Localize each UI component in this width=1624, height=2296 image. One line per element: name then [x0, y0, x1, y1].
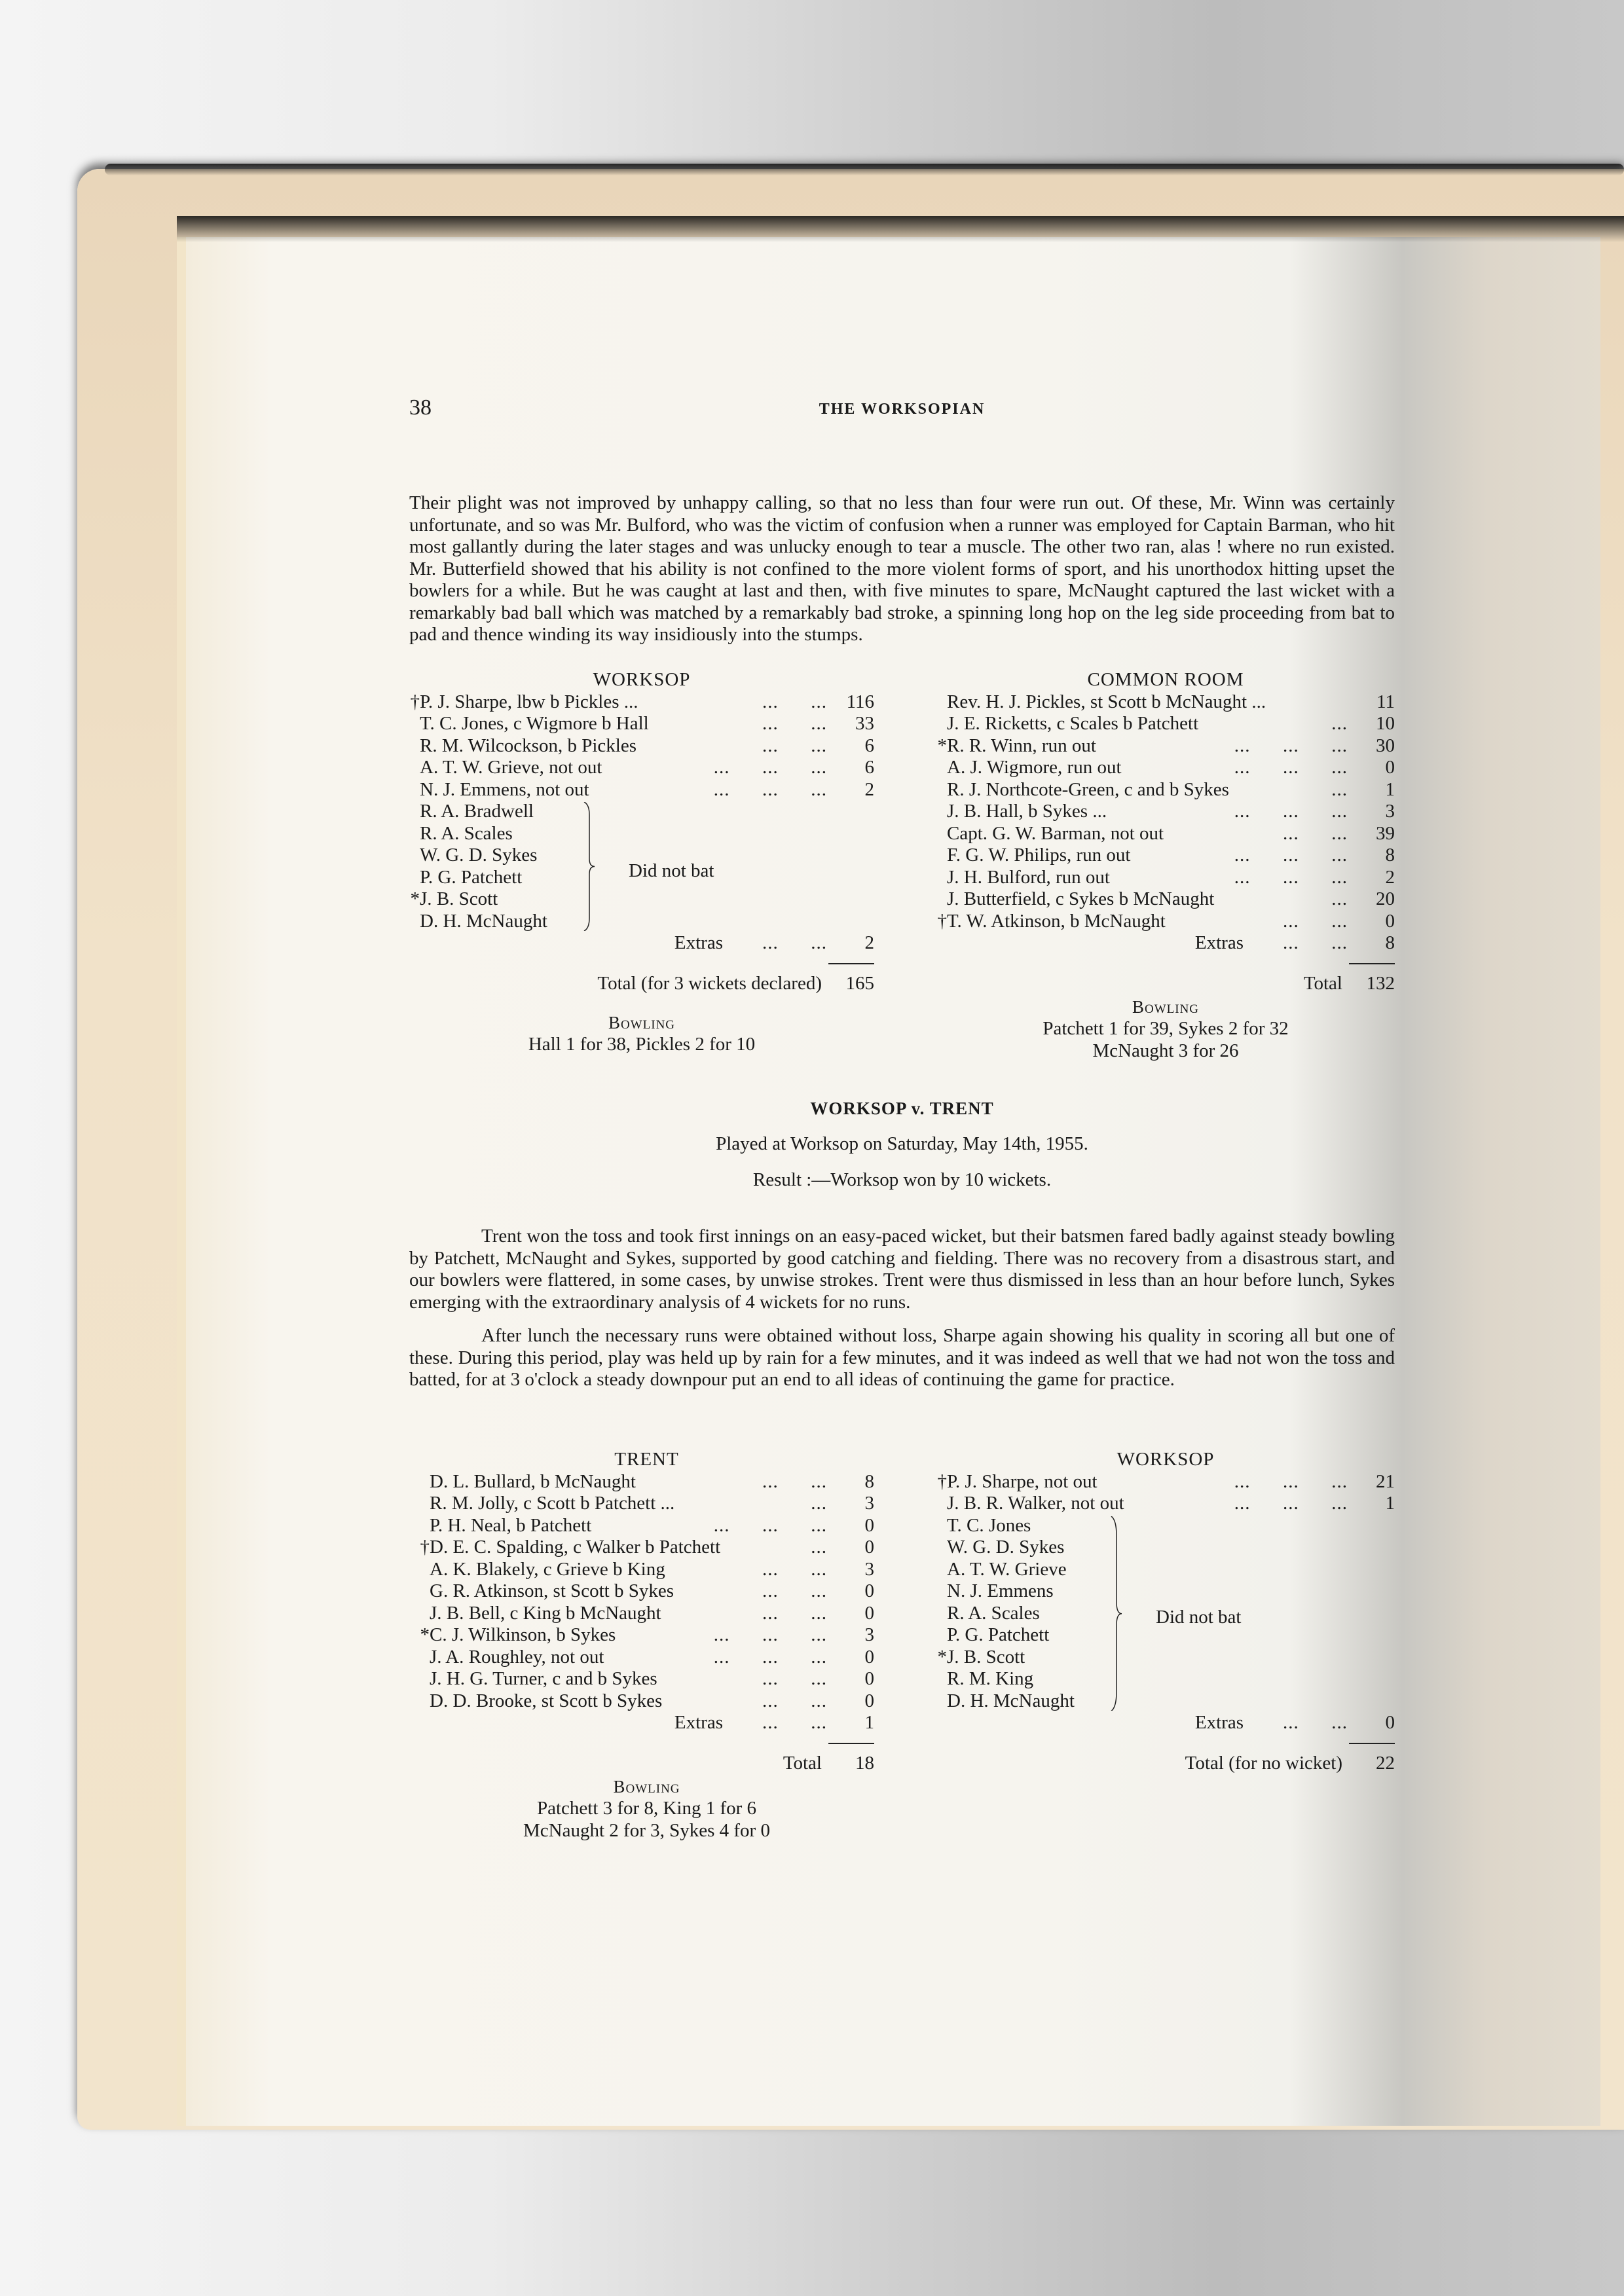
did-not-bat-player: T. C. Jones	[936, 1515, 1395, 1537]
did-not-bat-player: N. J. Emmens	[936, 1580, 1395, 1603]
batsman-row: J. B. R. Walker, not out... ... ...1	[936, 1493, 1395, 1515]
extras-row: Extras ... ... 8	[936, 932, 1395, 955]
batsman-row: G. R. Atkinson, st Scott b Sykes... ...0	[419, 1580, 874, 1603]
batting-list: †P. J. Sharpe, lbw b Pickles ...... ...1…	[409, 691, 874, 801]
total-rule	[936, 955, 1395, 973]
page-top-shadow	[177, 216, 1624, 242]
batsman-row: F. G. W. Philips, run out... ... ...8	[936, 845, 1395, 867]
did-not-bat-label: Did not bat	[629, 860, 714, 883]
brace-icon	[1110, 1516, 1123, 1711]
total-rule	[409, 955, 874, 973]
did-not-bat-player: D. H. McNaught	[409, 911, 874, 933]
match-title: WORKSOP v. TRENT	[409, 1099, 1395, 1119]
did-not-bat-player: W. G. D. Sykes	[936, 1537, 1395, 1559]
bowling-figures: McNaught 3 for 26	[936, 1040, 1395, 1063]
did-not-bat-player: R. M. King	[936, 1668, 1395, 1690]
batsman-row: J. Butterfield, c Sykes b McNaught...20	[936, 888, 1395, 911]
batsman-row: J. E. Ricketts, c Scales b Patchett...10	[936, 713, 1395, 735]
bowling-figures: McNaught 2 for 3, Sykes 4 for 0	[419, 1820, 874, 1842]
batsman-row: J. B. Bell, c King b McNaught... ...0	[419, 1603, 874, 1625]
batsman-row: A. T. W. Grieve, not out... ... ...6	[409, 757, 874, 779]
total-row: Total (for 3 wickets declared) 165	[409, 973, 874, 996]
batting-list: †P. J. Sharpe, not out... ... ...21J. B.…	[936, 1471, 1395, 1515]
batting-list: Rev. H. J. Pickles, st Scott b McNaught …	[936, 691, 1395, 933]
batsman-row: *C. J. Wilkinson, b Sykes... ... ...3	[419, 1624, 874, 1647]
batsman-row: Rev. H. J. Pickles, st Scott b McNaught …	[936, 691, 1395, 714]
extras-row: Extras ... ... 1	[419, 1712, 874, 1734]
bowling-summary: Bowling Hall 1 for 38, Pickles 2 for 10	[409, 1012, 874, 1056]
did-not-bat-player: *J. B. Scott	[936, 1647, 1395, 1669]
batsman-row: A. K. Blakely, c Grieve b King... ...3	[419, 1559, 874, 1581]
did-not-bat-player: R. A. Bradwell	[409, 801, 874, 823]
batsman-row: J. H. Bulford, run out... ... ...2	[936, 867, 1395, 889]
batsman-row: *R. R. Winn, run out... ... ...30	[936, 735, 1395, 757]
scorecard-worksop-innings-2: WORKSOP †P. J. Sharpe, not out... ... ..…	[936, 1449, 1395, 1776]
did-not-bat-group: R. A. BradwellR. A. ScalesW. G. D. Sykes…	[409, 801, 874, 932]
bowling-summary: Bowling Patchett 1 for 39, Sykes 2 for 3…	[936, 996, 1395, 1063]
batsman-row: J. B. Hall, b Sykes ...... ... ...3	[936, 801, 1395, 823]
team-name: WORKSOP	[936, 1449, 1395, 1471]
bowling-lines: Patchett 1 for 39, Sykes 2 for 32McNaugh…	[936, 1018, 1395, 1062]
team-name: COMMON ROOM	[936, 669, 1395, 691]
total-rule	[419, 1734, 874, 1753]
batsman-row: P. H. Neal, b Patchett... ... ...0	[419, 1515, 874, 1537]
batsman-row: Capt. G. W. Barman, not out... ...39	[936, 823, 1395, 845]
batsman-row: †P. J. Sharpe, not out... ... ...21	[936, 1471, 1395, 1493]
match-header: WORKSOP v. TRENT Played at Worksop on Sa…	[409, 1099, 1395, 1191]
match-report: Trent won the toss and took first inning…	[409, 1226, 1395, 1391]
bowling-summary: Bowling Patchett 3 for 8, King 1 for 6Mc…	[419, 1776, 874, 1842]
batting-list: D. L. Bullard, b McNaught... ...8R. M. J…	[419, 1471, 874, 1713]
team-name: TRENT	[419, 1449, 874, 1471]
bowling-figures: Patchett 1 for 39, Sykes 2 for 32	[936, 1018, 1395, 1040]
cover-shadow	[105, 164, 1624, 175]
did-not-bat-player: A. T. W. Grieve	[936, 1559, 1395, 1581]
batsman-row: R. J. Northcote-Green, c and b Sykes...1	[936, 779, 1395, 801]
batsman-row: A. J. Wigmore, run out... ... ...0	[936, 757, 1395, 779]
batsman-row: N. J. Emmens, not out... ... ...2	[409, 779, 874, 801]
batsman-row: J. A. Roughley, not out... ... ...0	[419, 1647, 874, 1669]
extras-row: Extras ... ... 0	[936, 1712, 1395, 1734]
batsman-row: R. M. Wilcockson, b Pickles... ...6	[409, 735, 874, 757]
bowling-figures: Hall 1 for 38, Pickles 2 for 10	[409, 1034, 874, 1056]
did-not-bat-label: Did not bat	[1156, 1607, 1242, 1629]
did-not-bat-player: D. H. McNaught	[936, 1690, 1395, 1713]
team-name: WORKSOP	[409, 669, 874, 691]
scorecard-trent: TRENT D. L. Bullard, b McNaught... ...8R…	[419, 1449, 874, 1842]
match-result: Result :—Worksop won by 10 wickets.	[409, 1169, 1395, 1191]
total-row: Total 132	[936, 973, 1395, 996]
total-rule	[936, 1734, 1395, 1753]
batsman-row: D. L. Bullard, b McNaught... ...8	[419, 1471, 874, 1493]
bowling-lines: Patchett 3 for 8, King 1 for 6McNaught 2…	[419, 1798, 874, 1842]
batsman-row: J. H. G. Turner, c and b Sykes... ...0	[419, 1668, 874, 1690]
bowling-figures: Patchett 3 for 8, King 1 for 6	[419, 1798, 874, 1820]
bowling-lines: Hall 1 for 38, Pickles 2 for 10	[409, 1034, 874, 1056]
total-row: Total (for no wicket) 22	[936, 1753, 1395, 1776]
match-venue-date: Played at Worksop on Saturday, May 14th,…	[409, 1133, 1395, 1155]
batsman-row: †T. W. Atkinson, b McNaught... ...0	[936, 911, 1395, 933]
batsman-row: †P. J. Sharpe, lbw b Pickles ...... ...1…	[409, 691, 874, 714]
running-head: 38 THE WORKSOPIAN	[409, 395, 1395, 422]
extras-row: Extras ... ... 2	[409, 932, 874, 955]
brace-icon	[583, 802, 596, 931]
batsman-row: D. D. Brooke, st Scott b Sykes... ...0	[419, 1690, 874, 1713]
batsman-row: †D. E. C. Spalding, c Walker b Patchett.…	[419, 1537, 874, 1559]
scorecard-common-room: COMMON ROOM Rev. H. J. Pickles, st Scott…	[936, 669, 1395, 1062]
scorecard-worksop-innings-1: WORKSOP †P. J. Sharpe, lbw b Pickles ...…	[409, 669, 874, 1056]
did-not-bat-player: R. A. Scales	[409, 823, 874, 845]
did-not-bat-player: *J. B. Scott	[409, 888, 874, 911]
did-not-bat-group: T. C. JonesW. G. D. SykesA. T. W. Grieve…	[936, 1515, 1395, 1713]
total-row: Total 18	[419, 1753, 874, 1776]
batsman-row: R. M. Jolly, c Scott b Patchett ......3	[419, 1493, 874, 1515]
batsman-row: T. C. Jones, c Wigmore b Hall... ...33	[409, 713, 874, 735]
publication-title: THE WORKSOPIAN	[409, 401, 1395, 418]
intro-paragraph: Their plight was not improved by unhappy…	[409, 492, 1395, 646]
